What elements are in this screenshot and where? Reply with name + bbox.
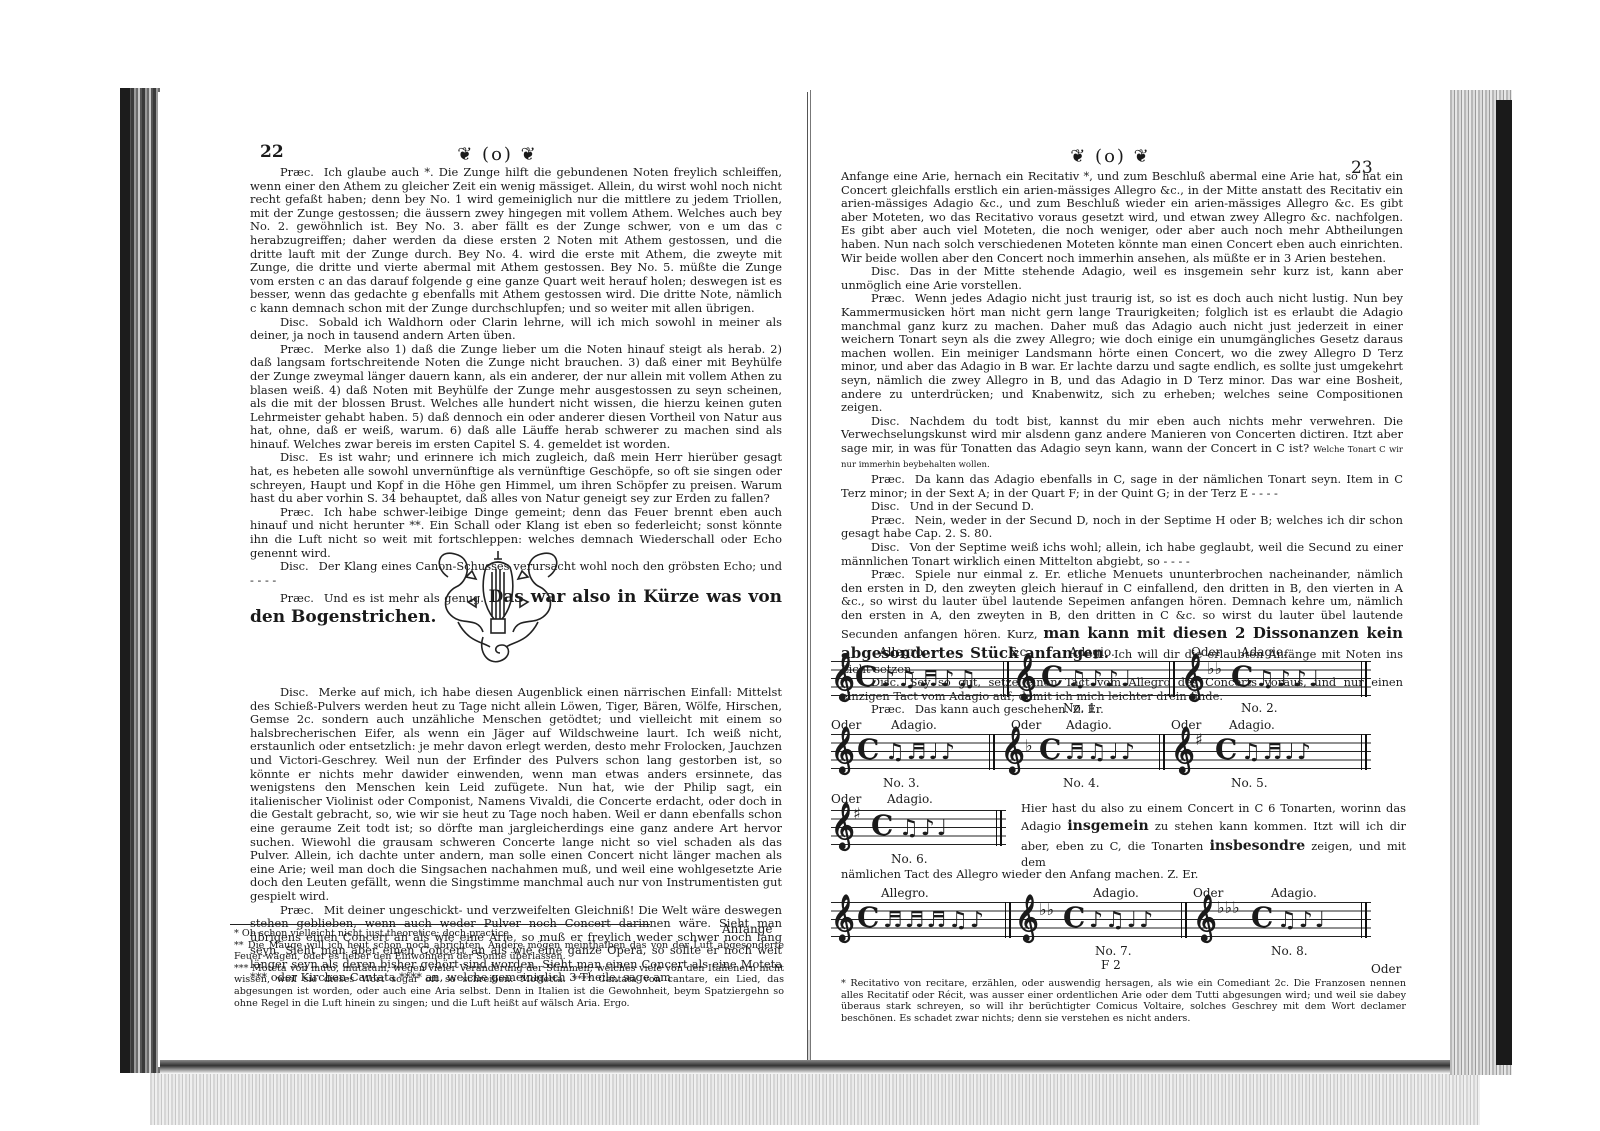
speaker-label: Disc. <box>280 450 309 464</box>
speaker-label: Disc. <box>871 264 900 278</box>
after-no6-text: nämlichen Tact des Allegro wieder den An… <box>841 868 1401 882</box>
common-time-icon: C <box>1063 904 1085 932</box>
paragraph: Disc.Von der Septime weiß ichs wohl; all… <box>841 541 1403 568</box>
speaker-label: Præc. <box>871 472 905 486</box>
clef-icon: 𝄞 <box>831 806 855 846</box>
speaker-label: Præc. <box>280 505 314 519</box>
clef-icon: 𝄞 <box>1171 730 1195 770</box>
barline <box>1169 661 1175 697</box>
paragraph-text: Sobald ich Waldhorn oder Clarin lehrne, … <box>250 315 782 343</box>
music-example-row-3: Oder Adagio. 𝄞 ♯ C ♫♪♩ No. 6. <box>831 792 1021 872</box>
paragraph: Disc.Merke auf mich, ich habe diesen Aug… <box>250 686 782 904</box>
tempo-marking: Adagio. <box>891 718 937 732</box>
speaker-label: Præc. <box>280 165 314 179</box>
lyre-ornament-icon <box>428 547 568 667</box>
clef-icon: 𝄞 <box>1193 898 1217 938</box>
tempo-marking: Adagio. <box>1066 718 1112 732</box>
book-fore-edge-right <box>1450 90 1512 1075</box>
example-number: No. 4. <box>1063 776 1100 790</box>
music-example-row-1: Allegro. &c. Adagio. Oder Adagio. 𝄞 C ♪♫… <box>831 645 1391 715</box>
speaker-label: Disc. <box>280 685 309 699</box>
music-notes-icon: ♬♫♩♪ <box>1065 740 1137 764</box>
barline <box>1181 902 1187 938</box>
paragraph: Disc.Sobald ich Waldhorn oder Clarin leh… <box>250 316 782 343</box>
paragraph-text: Merke auf mich, ich habe diesen Augenbli… <box>250 685 782 903</box>
example-number: No. 3. <box>883 776 920 790</box>
emphasis-insbesondre: insbesondre <box>1210 838 1306 854</box>
clef-icon: 𝄞 <box>1181 657 1205 697</box>
music-notes-icon: ♫♪♩ <box>1277 908 1327 932</box>
footnote: * Ob schon vielleicht nicht just theoret… <box>234 928 784 940</box>
speaker-label: Disc. <box>871 414 900 428</box>
example-number: No. 6. <box>891 852 928 866</box>
footnote-rule <box>230 924 650 925</box>
tempo-marking: Allegro. <box>881 886 929 900</box>
paragraph: Disc.Es ist wahr; und erinnere ich mich … <box>250 451 782 505</box>
common-time-icon: C <box>1039 736 1061 764</box>
left-footnotes: * Ob schon vielleicht nicht just theoret… <box>234 928 784 1009</box>
catchword-right: Oder <box>1371 962 1401 976</box>
common-time-icon: C <box>857 736 879 764</box>
running-head-right: ❦ (o) ❦ <box>771 146 1450 167</box>
speaker-label: Præc. <box>871 567 905 581</box>
paragraph: Præc.Ich glaube auch *. Die Zunge hilft … <box>250 166 782 316</box>
flat-icon: ♭♭ <box>1039 900 1054 919</box>
tempo-marking: Adagio. <box>1241 645 1287 659</box>
flat-icon: ♭ <box>1025 736 1033 755</box>
music-notes-icon: ♪♫♩♪ <box>1089 908 1155 932</box>
music-example-row-4: Allegro. Adagio. Oder Adagio. 𝄞 C ♬♬♬♫♪ … <box>831 886 1391 960</box>
paragraph: Præc.Nein, weder in der Secund D, noch i… <box>841 514 1403 541</box>
left-page: 22 ❦ (o) ❦ Præc.Ich glaube auch *. Die Z… <box>158 92 808 1067</box>
tempo-marking: Adagio. <box>1271 886 1317 900</box>
example-number: No. 5. <box>1231 776 1268 790</box>
music-notes-icon: ♫♬♩♪ <box>1241 740 1313 764</box>
common-time-icon: C <box>1215 736 1237 764</box>
running-head-left: ❦ (o) ❦ <box>188 144 807 165</box>
sharp-icon: ♯ <box>1195 730 1203 749</box>
paragraph-text: Das in der Mitte stehende Adagio, weil e… <box>841 264 1403 292</box>
barline <box>1361 661 1367 697</box>
paragraph-text: Von der Septime weiß ichs wohl; allein, … <box>841 540 1403 568</box>
clef-icon: 𝄞 <box>1013 657 1037 697</box>
music-notes-icon: ♫♪♩ <box>899 816 949 840</box>
clef-icon: 𝄞 <box>1015 898 1039 938</box>
paragraph-text: Da kann das Adagio ebenfalls in C, sage … <box>841 472 1403 500</box>
barline <box>989 734 995 770</box>
paragraph-text: Nein, weder in der Secund D, noch in der… <box>841 513 1403 541</box>
music-notes-icon: ♬♬♬♫♪ <box>883 908 986 932</box>
common-time-icon: C <box>857 904 879 932</box>
speaker-label: Disc. <box>280 315 309 329</box>
barline <box>1159 734 1165 770</box>
paragraph-text: Es ist wahr; und erinnere ich mich zugle… <box>250 450 782 505</box>
paragraph-text: Anfange eine Arie, hernach ein Recitativ… <box>841 169 1403 265</box>
tempo-marking: Adagio. <box>1229 718 1275 732</box>
signature-mark: F 2 <box>1101 958 1121 972</box>
speaker-label: Disc. <box>280 559 309 573</box>
paragraph-text: Ich glaube auch *. Die Zunge hilft die g… <box>250 165 782 315</box>
paragraph-text: Und in der Secund D. <box>910 499 1034 513</box>
speaker-label: Disc. <box>871 499 900 513</box>
tempo-marking: Adagio. <box>1069 645 1115 659</box>
book-bottom-edge <box>160 1060 1450 1074</box>
book-fore-edge-left <box>120 88 160 1073</box>
example-number: No. 8. <box>1271 944 1308 958</box>
emphasis-insgemein: insgemein <box>1067 818 1148 834</box>
example-number: No. 7. <box>1095 944 1132 958</box>
music-notes-icon: ♫♬♩♪ <box>885 740 957 764</box>
paragraph: Præc.Merke also 1) daß die Zunge lieber … <box>250 343 782 452</box>
flat-icon: ♭♭ <box>1207 659 1222 678</box>
clef-icon: 𝄞 <box>831 657 855 697</box>
music-example-row-2: Oder Adagio. Oder Adagio. Oder Adagio. 𝄞… <box>831 718 1391 790</box>
tempo-marking: Adagio. <box>1093 886 1139 900</box>
tempo-marking: Allegro. <box>879 645 927 659</box>
common-time-icon: C <box>855 663 877 691</box>
music-notes-icon: ♪♫♬♪♫ <box>881 667 978 691</box>
speaker-label: Præc. <box>871 291 905 305</box>
barline <box>1005 902 1011 938</box>
speaker-label: Præc. <box>871 513 905 527</box>
common-time-icon: C <box>871 812 893 840</box>
common-time-icon: C <box>1231 663 1253 691</box>
footnote: * Recitativo von recitare, erzählen, ode… <box>841 978 1406 1024</box>
paragraph: Disc.Das in der Mitte stehende Adagio, w… <box>841 265 1403 292</box>
music-notes-icon: ♫♪♪♩ <box>1067 667 1133 691</box>
right-page: ❦ (o) ❦ 23 Anfange eine Arie, hernach ei… <box>810 90 1450 1070</box>
barline <box>1003 661 1009 697</box>
paragraph-text: Wenn jedes Adagio nicht just traurig ist… <box>841 291 1403 414</box>
clef-icon: 𝄞 <box>1001 730 1025 770</box>
common-time-icon: C <box>1251 904 1273 932</box>
example-number: No. 1. <box>1063 701 1100 715</box>
example-number: No. 2. <box>1241 701 1278 715</box>
right-footnotes: * Recitativo von recitare, erzählen, ode… <box>841 978 1406 1024</box>
paragraph: Præc.Da kann das Adagio ebenfalls in C, … <box>841 473 1403 500</box>
paragraph: Præc.Wenn jedes Adagio nicht just trauri… <box>841 292 1403 414</box>
footnote: ** Die Mäuge will ich heut schon noch ab… <box>234 940 784 963</box>
speaker-label: Præc. <box>280 903 314 917</box>
common-time-icon: C <box>1041 663 1063 691</box>
paragraph: Disc.Und in der Secund D. <box>841 500 1403 514</box>
barline <box>996 810 1002 846</box>
barline <box>1361 902 1367 938</box>
clef-icon: 𝄞 <box>831 730 855 770</box>
clef-icon: 𝄞 <box>831 898 855 938</box>
speaker-label: Præc. <box>280 591 314 605</box>
paragraph: Anfange eine Arie, hernach ein Recitativ… <box>841 170 1403 265</box>
right-main-text: Anfange eine Arie, hernach ein Recitativ… <box>841 170 1403 717</box>
speaker-label: Disc. <box>871 540 900 554</box>
tempo-marking: Adagio. <box>887 792 933 806</box>
no6-side-text: Hier hast du also zu einem Concert in C … <box>1021 802 1406 869</box>
footnote: *** Moteta von muto, mutatum, wegen viel… <box>234 963 784 1009</box>
barline <box>1361 734 1367 770</box>
flat-icon: ♭♭♭ <box>1217 898 1240 917</box>
paragraph: Disc.Nachdem du todt bist, kannst du mir… <box>841 415 1403 473</box>
music-notes-icon: ♫♪♪♩ <box>1255 667 1321 691</box>
paragraph-text: Merke also 1) daß die Zunge lieber um di… <box>250 342 782 451</box>
speaker-label: Præc. <box>280 342 314 356</box>
sharp-icon: ♯ <box>853 804 861 823</box>
